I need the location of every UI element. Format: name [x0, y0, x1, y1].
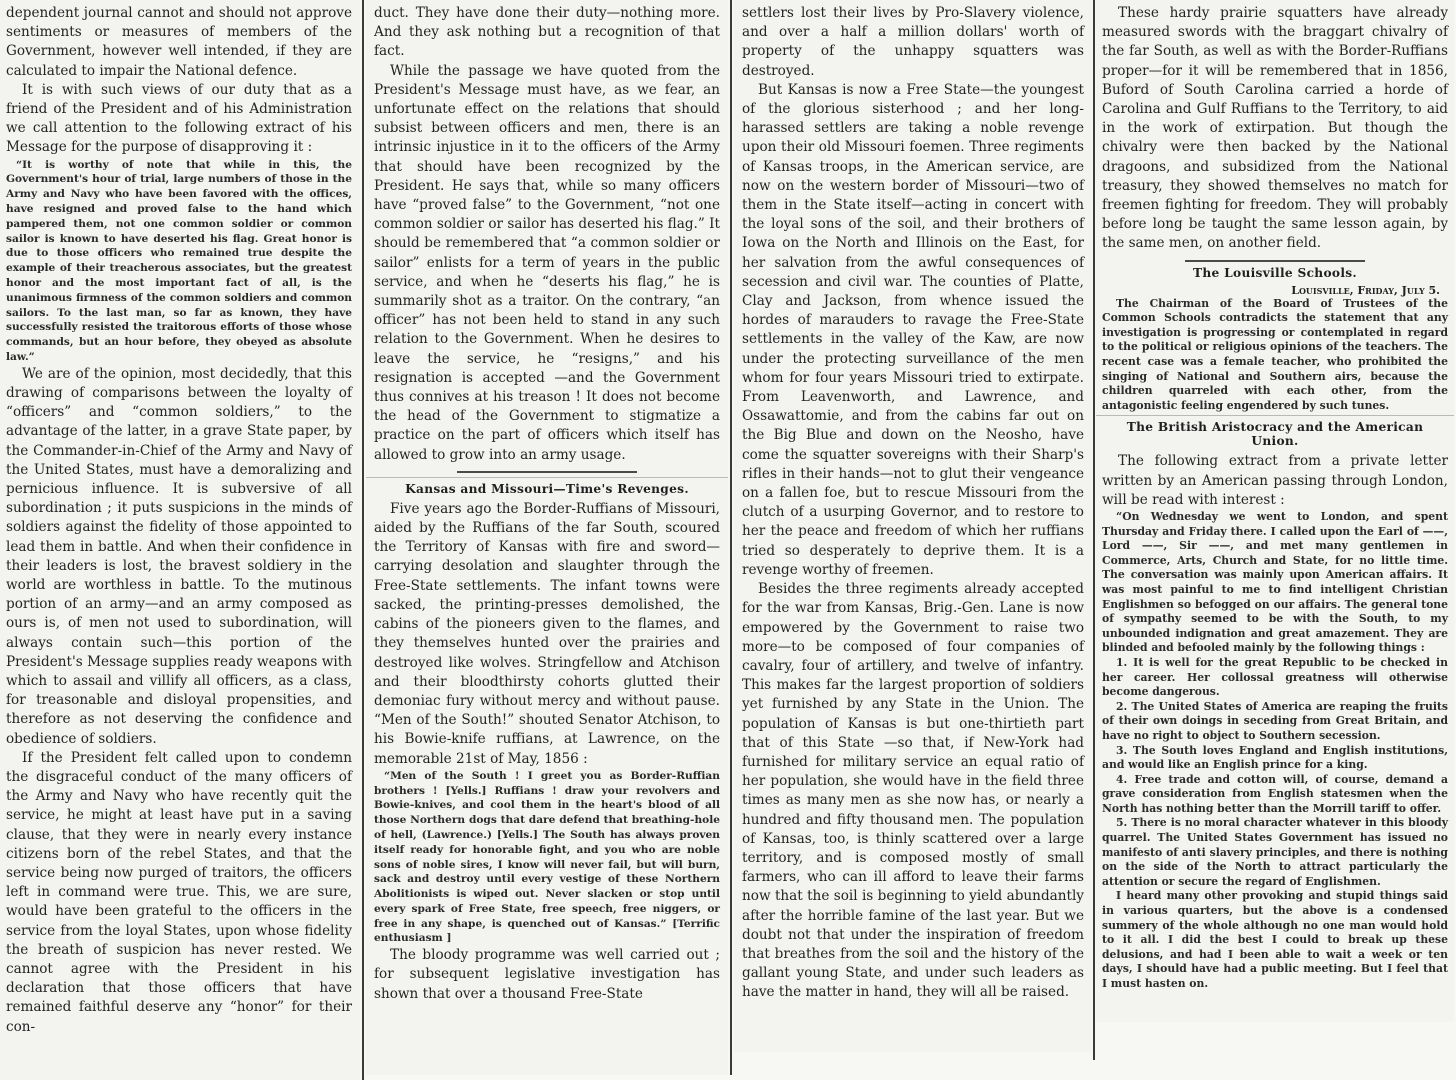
column-1: dependent journal cannot and should not …: [0, 0, 360, 1080]
paragraph: These hardy prairie squatters have alrea…: [1102, 4, 1448, 254]
paragraph: I heard many other provoking and stupid …: [1102, 889, 1448, 991]
column-3: settlers lost their lives by Pro-Slavery…: [734, 0, 1092, 1052]
paragraph: If the President felt called upon to con…: [6, 749, 352, 1037]
horizontal-rule: [366, 477, 728, 478]
list-item: 2. The United States of America are reap…: [1102, 700, 1448, 744]
column-divider: [730, 0, 732, 1075]
horizontal-rule: [1096, 415, 1454, 416]
section-separator: [1185, 260, 1365, 262]
block-quote: “Men of the South ! I greet you as Borde…: [374, 769, 720, 947]
quote-text: “Men of the South ! I greet you as Borde…: [374, 769, 720, 947]
paragraph: settlers lost their lives by Pro-Slavery…: [742, 4, 1084, 81]
newspaper-page: dependent journal cannot and should not …: [0, 0, 1456, 1080]
paragraph: “On Wednesday we went to London, and spe…: [1102, 510, 1448, 656]
column-4: These hardy prairie squatters have alrea…: [1096, 0, 1454, 1022]
list-item: 4. Free trade and cotton will, of course…: [1102, 773, 1448, 817]
column-divider: [1093, 0, 1095, 1060]
paragraph: But Kansas is now a Free State—the young…: [742, 81, 1084, 580]
paragraph: duct. They have done their duty—nothing …: [374, 4, 720, 62]
list-item: 1. It is well for the great Republic to …: [1102, 656, 1448, 700]
paragraph: It is with such views of our duty that a…: [6, 81, 352, 158]
paragraph: Besides the three regiments already acce…: [742, 580, 1084, 1002]
list-item: 5. There is no moral character whatever …: [1102, 816, 1448, 889]
paragraph: dependent journal cannot and should not …: [6, 4, 352, 81]
paragraph: The Chairman of the Board of Trustees of…: [1102, 297, 1448, 414]
list-item: 3. The South loves England and English i…: [1102, 744, 1448, 773]
paragraph: We are of the opinion, most decidedly, t…: [6, 365, 352, 749]
dateline: Louisville, Friday, July 5.: [1102, 284, 1448, 297]
column-2: duct. They have done their duty—nothing …: [366, 0, 728, 1075]
paragraph: Five years ago the Border-Ruffians of Mi…: [374, 500, 720, 769]
paragraph: The bloody programme was well carried ou…: [374, 946, 720, 1004]
paragraph: The following extract from a private let…: [1102, 452, 1448, 510]
section-separator: [457, 471, 637, 473]
block-quote: “It is worthy of note that while in this…: [6, 158, 352, 365]
paragraph: While the passage we have quoted from th…: [374, 62, 720, 465]
article-headline: The British Aristocracy and the American…: [1102, 420, 1448, 448]
quote-text: “It is worthy of note that while in this…: [6, 158, 352, 365]
article-headline: Kansas and Missouri—Time's Revenges.: [374, 482, 720, 496]
article-headline: The Louisville Schools.: [1102, 266, 1448, 280]
column-divider: [362, 0, 364, 1080]
